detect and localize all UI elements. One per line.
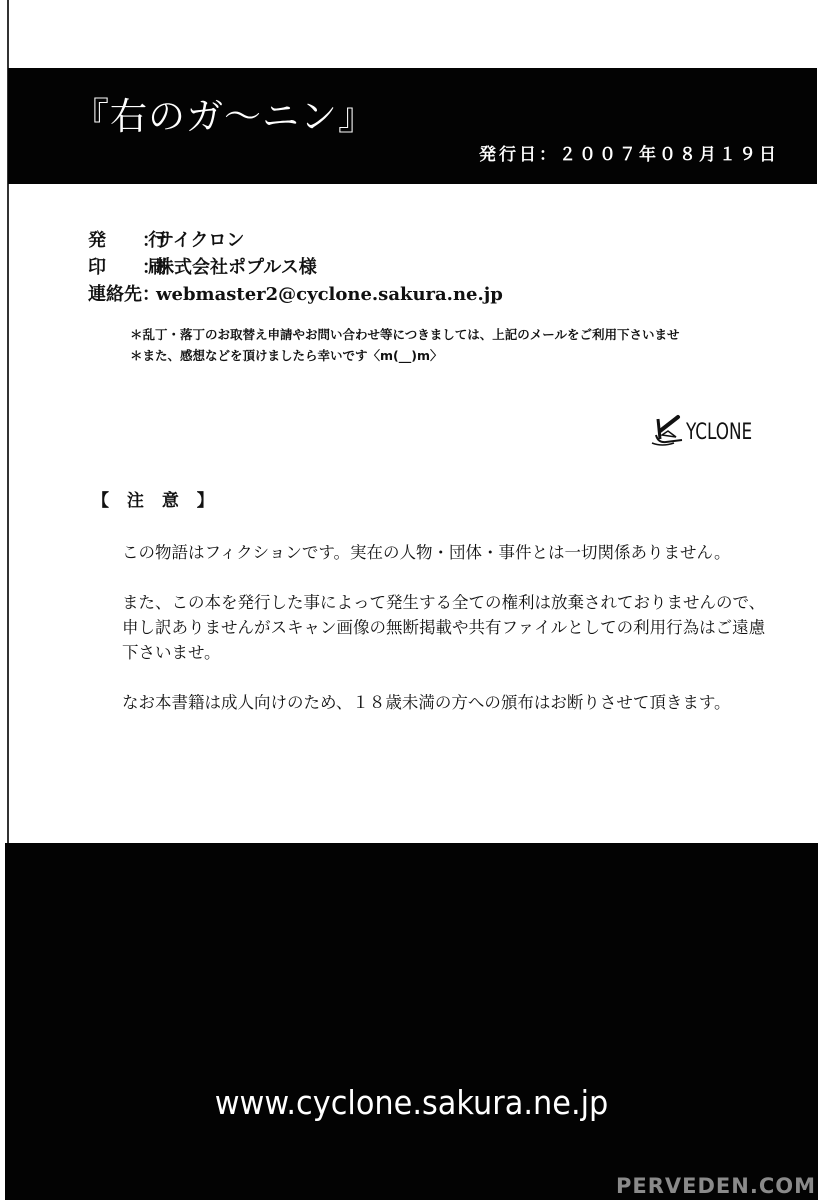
publisher-value: サイクロン (156, 226, 244, 252)
notice-line: なお本書籍は成人向けのため、１８歳未満の方への頒布はお断りさせて頂きます。 (122, 693, 731, 712)
notice-paragraph: なお本書籍は成人向けのため、１８歳未満の方への頒布はお断りさせて頂きます。 (122, 690, 765, 715)
cyclone-c-logo-icon (648, 413, 684, 451)
header-band: 『右のガ～ニン』 発行日：２００７年０８月１９日 (8, 68, 817, 184)
website-url-link[interactable]: www.cyclone.sakura.ne.jp (38, 1083, 786, 1122)
notice-paragraph: この物語はフィクションです。実在の人物・団体・事件とは一切関係ありません。 (122, 540, 765, 565)
colophon-info: 発 行 ： サイクロン 印 刷 ： 株式会社ポプルス様 連絡先 ： webmas… (88, 226, 503, 307)
colophon-row-contact: 連絡先 ： webmaster2@cyclone.sakura.ne.jp (88, 280, 503, 307)
printer-label: 印 刷 (88, 253, 142, 279)
watermark: PERVEDEN.COM (616, 1174, 816, 1198)
colon: ： (142, 280, 156, 306)
note-line: ＊乱丁・落丁のお取替え申請やお問い合わせ等につきましては、上記のメールをご利用下… (130, 324, 680, 345)
book-title: 『右のガ～ニン』 (72, 86, 376, 140)
notice-body: この物語はフィクションです。実在の人物・団体・事件とは一切関係ありません。 また… (122, 540, 765, 740)
publication-date: 発行日：２００７年０８月１９日 (479, 140, 779, 165)
notice-line: 申し訳ありませんがスキャン画像の無断掲載や共有ファイルとしての利用行為はご遠慮 (122, 618, 765, 637)
note-line: ＊また、感想などを頂けましたら幸いです〈m(__)m〉 (130, 345, 680, 366)
notice-line: また、この本を発行した事によって発生する全ての権利は放棄されておりませんので、 (122, 593, 765, 612)
contact-label: 連絡先 (88, 280, 142, 306)
publisher-label: 発 行 (88, 226, 142, 252)
cyclone-logo: YCLONE (648, 413, 778, 451)
printer-value: 株式会社ポプルス様 (156, 253, 317, 279)
notes: ＊乱丁・落丁のお取替え申請やお問い合わせ等につきましては、上記のメールをご利用下… (130, 324, 680, 366)
notice-line: この物語はフィクションです。実在の人物・団体・事件とは一切関係ありません。 (122, 543, 731, 562)
contact-email-link[interactable]: webmaster2@cyclone.sakura.ne.jp (156, 284, 503, 305)
logo-text: YCLONE (686, 420, 752, 445)
colon: ： (142, 253, 156, 279)
footer-band: www.cyclone.sakura.ne.jp PERVEDEN.COM (5, 843, 818, 1200)
notice-heading: 【 注 意 】 (92, 486, 220, 511)
colophon-row-publisher: 発 行 ： サイクロン (88, 226, 503, 253)
notice-line: 下さいませ。 (122, 643, 221, 662)
colophon-row-printer: 印 刷 ： 株式会社ポプルス様 (88, 253, 503, 280)
colon: ： (142, 226, 156, 252)
notice-paragraph: また、この本を発行した事によって発生する全ての権利は放棄されておりませんので、 … (122, 590, 765, 665)
